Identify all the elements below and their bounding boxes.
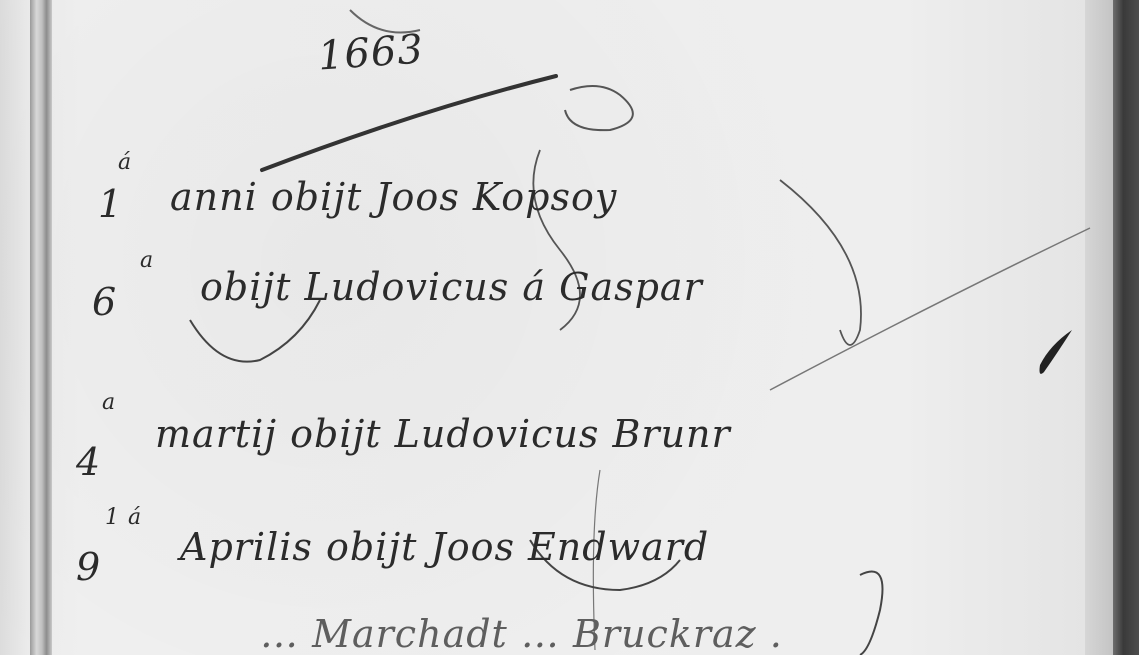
- entry-4-superscript: 1 á: [105, 505, 142, 530]
- manuscript-scan: 1663 á 1 anni obijt Joos Kopsoy a 6 obij…: [0, 0, 1139, 655]
- entry-3-day: 4: [76, 440, 101, 484]
- entry-1-text: anni obijt Joos Kopsoy: [170, 175, 617, 219]
- entry-1-superscript: á: [118, 150, 132, 175]
- entry-3-superscript: a: [102, 390, 116, 415]
- entry-5-text: … Marchadt … Bruckraz .: [260, 612, 783, 655]
- entry-4-text: Aprilis obijt Joos Endward: [180, 525, 709, 569]
- entry-4-day: 9: [76, 545, 101, 589]
- register-year: 1663: [317, 26, 426, 79]
- entry-1-day: 1: [98, 182, 123, 226]
- entry-2-superscript: a: [140, 248, 154, 273]
- entry-3-text: martij obijt Ludovicus Brunr: [155, 412, 731, 456]
- entry-2-text: obijt Ludovicus á Gaspar: [200, 265, 703, 309]
- entry-2-day: 6: [92, 280, 117, 324]
